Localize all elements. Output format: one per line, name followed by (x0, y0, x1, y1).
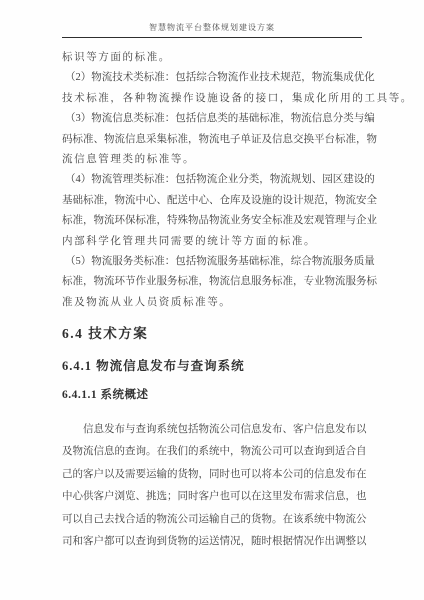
section-heading-6-4: 6.4 技术方案 (62, 325, 362, 343)
list-item-5: （5）物流服务类标准：包括物流服务基础标准，综合物流服务质量 标准，物流环节作业… (62, 252, 362, 313)
paragraph-line: （2）物流技术类标准：包括综合物流作业技术规范，物流集成优化 (62, 68, 362, 88)
paragraph-line: 己的客户以及需要运输的货物，同时也可以将本公司的信息发布在 (62, 464, 362, 486)
page-body: 标识等方面的标准。 （2）物流技术类标准：包括综合物流作业技术规范，物流集成优化… (62, 48, 362, 553)
paragraph-line: （5）物流服务类标准：包括物流服务基础标准，综合物流服务质量 (62, 252, 362, 272)
paragraph-line: 司和客户都可以查询到货物的运送情况，随时根据情况作出调整以 (62, 531, 362, 553)
paragraph-continuation-line: 标识等方面的标准。 (62, 48, 362, 68)
overview-paragraph: 信息发布与查询系统包括物流公司信息发布、客户信息发布以 及物流信息的查询。在我们… (62, 419, 362, 553)
header-rule (62, 37, 362, 38)
list-item-4: （4）物流管理类标准：包括物流企业分类，物流规划、园区建设的 基础标准，物流中心… (62, 170, 362, 252)
paragraph-line: （4）物流管理类标准：包括物流企业分类，物流规划、园区建设的 (62, 170, 362, 190)
paragraph-line: （3）物流信息类标准：包括信息类的基础标准，物流信息分类与编 (62, 109, 362, 129)
paragraph-line: 准及物流从业人员资质标准等。 (62, 293, 362, 313)
paragraph-line: 信息发布与查询系统包括物流公司信息发布、客户信息发布以 (62, 419, 362, 441)
running-header: 智慧物流平台整体规划建设方案 (0, 22, 424, 33)
list-item-2: （2）物流技术类标准：包括综合物流作业技术规范，物流集成优化 技术标准，各种物流… (62, 68, 362, 109)
document-page: 智慧物流平台整体规划建设方案 标识等方面的标准。 （2）物流技术类标准：包括综合… (0, 0, 424, 600)
paragraph-line: 技术标准，各种物流操作设施设备的接口，集成化所用的工具等。 (62, 89, 362, 109)
subsubsection-heading-6-4-1-1: 6.4.1.1 系统概述 (62, 387, 362, 403)
paragraph-line: 标准，物流环节作业服务标准，物流信息服务标准，专业物流服务标 (62, 272, 362, 292)
paragraph-line: 中心供客户浏览、挑选；同时客户也可以在这里发布需求信息，也 (62, 486, 362, 508)
paragraph-line: 流信息管理类的标准等。 (62, 150, 362, 170)
paragraph-line: 标准，物流环保标准，特殊物品物流业务安全标准及宏观管理与企业 (62, 211, 362, 231)
paragraph-line: 内部科学化管理共同需要的统计等方面的标准。 (62, 232, 362, 252)
paragraph-line: 可以自己去找合适的物流公司运输自己的货物。在该系统中物流公 (62, 509, 362, 531)
subsection-heading-6-4-1: 6.4.1 物流信息发布与查询系统 (62, 357, 362, 375)
list-item-3: （3）物流信息类标准：包括信息类的基础标准，物流信息分类与编 码标准、物流信息采… (62, 109, 362, 170)
paragraph-line: 码标准、物流信息采集标准，物流电子单证及信息交换平台标准，物 (62, 130, 362, 150)
paragraph-line: 基础标准，物流中心、配送中心、仓库及设施的设计规范，物流安全 (62, 191, 362, 211)
paragraph-line: 及物流信息的查询。在我们的系统中，物流公司可以查询到适合自 (62, 441, 362, 463)
